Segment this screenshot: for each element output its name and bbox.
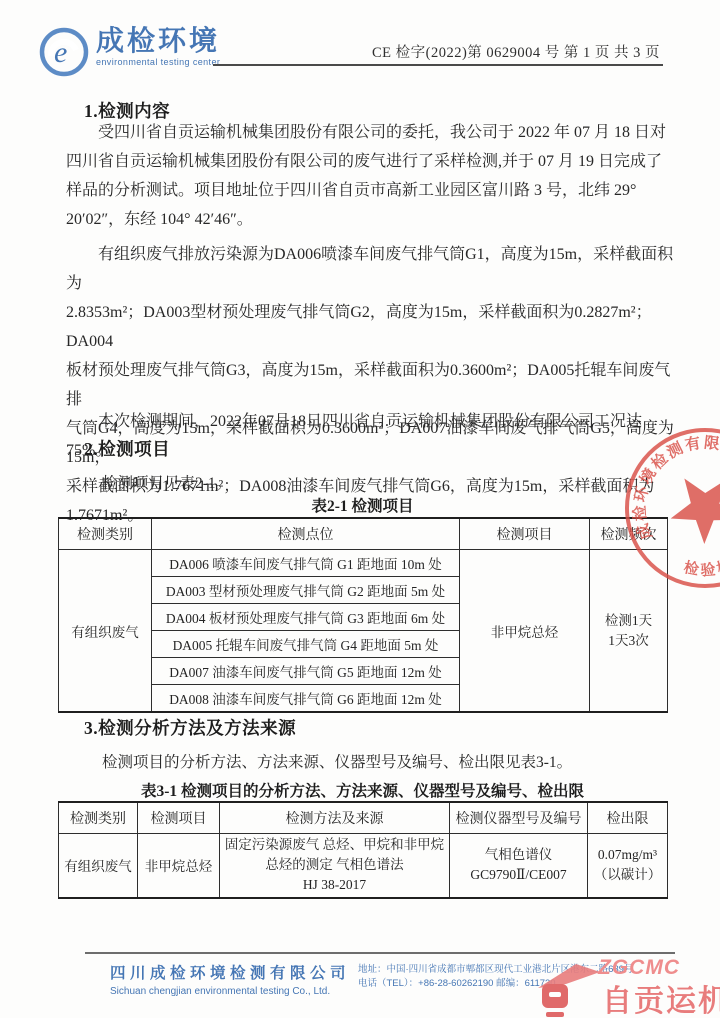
svg-text:e: e (54, 36, 67, 69)
footer-phone: 电话（TEL）：+86-28-60262190 邮编：611730 (358, 977, 608, 991)
col-header: 检测点位 (152, 518, 460, 550)
col-header: 检测频次 (590, 518, 668, 550)
table-row: 有组织废气 非甲烷总烃 固定污染源废气 总烃、甲烷和非甲烷总烃的测定 气相色谱法… (59, 834, 668, 898)
section1-paragraph1: 受四川省自贡运输机械集团股份有限公司的委托，我公司于 2022 年 07 月 1… (58, 118, 697, 234)
logo-cn-text: 成检环境 (96, 26, 220, 56)
report-page: e 成检环境 environmental testing center CE 检… (0, 0, 720, 1018)
col-header: 检出限 (588, 802, 668, 834)
footer-company-en: Sichuan chengjian environmental testing … (110, 986, 350, 997)
footer-address: 地址：中国·四川省成都市郫都区现代工业港北片区港东二路639号 (358, 963, 608, 977)
section2-intro: 检测项目见表2-1。 (58, 471, 711, 493)
col-header: 检测方法及来源 (220, 802, 450, 834)
table-3-1: 检测类别 检测项目 检测方法及来源 检测仪器型号及编号 检出限 有组织废气 非甲… (58, 801, 668, 899)
point-cell: DA006 喷漆车间废气排气筒 G1 距地面 10m 处 (152, 550, 460, 577)
table3-title: 表3-1 检测项目的分析方法、方法来源、仪器型号及编号、检出限 (58, 779, 667, 801)
col-header: 检测项目 (460, 518, 590, 550)
col-header: 检测仪器型号及编号 (450, 802, 588, 834)
frequency-cell: 检测1天1天3次 (590, 550, 668, 713)
point-cell: DA007 油漆车间废气排气筒 G5 距地面 12m 处 (152, 658, 460, 685)
section2-title: 2.检测项目 (58, 436, 693, 461)
point-cell: DA004 板材预处理废气排气筒 G3 距地面 6m 处 (152, 604, 460, 631)
logo-en-text: environmental testing center (96, 57, 220, 67)
table-2-1-header-row: 检测类别 检测点位 检测项目 检测频次 (59, 518, 668, 550)
table-2-1: 检测类别 检测点位 检测项目 检测频次 有组织废气 DA006 喷漆车间废气排气… (58, 517, 668, 713)
point-cell: DA008 油漆车间废气排气筒 G6 距地面 12m 处 (152, 685, 460, 713)
company-logo: e 成检环境 environmental testing center (38, 26, 220, 78)
footer-company-cn: 四川成检环境检测有限公司 (110, 961, 350, 983)
col-header: 检测类别 (59, 518, 152, 550)
point-cell: DA005 托辊车间废气排气筒 G4 距地面 5m 处 (152, 631, 460, 658)
item-cell: 非甲烷总烃 (138, 834, 220, 898)
header-rule (213, 64, 663, 66)
footer-contact: 地址：中国·四川省成都市郫都区现代工业港北片区港东二路639号 电话（TEL）：… (358, 963, 608, 991)
col-header: 检测项目 (138, 802, 220, 834)
method-cell: 固定污染源废气 总烃、甲烷和非甲烷总烃的测定 气相色谱法HJ 38-2017 (220, 834, 450, 898)
category-cell: 有组织废气 (59, 550, 152, 713)
logo-e-icon: e (38, 26, 90, 78)
table2-title: 表2-1 检测项目 (58, 494, 667, 516)
table-row: 有组织废气 DA006 喷漆车间废气排气筒 G1 距地面 10m 处 非甲烷总烃… (59, 550, 668, 577)
instrument-cell: 气相色谱仪GC9790Ⅱ/CE007 (450, 834, 588, 898)
document-number: CE 检字(2022)第 0629004 号 第 1 页 共 3 页 (372, 41, 660, 62)
footer-rule (85, 952, 675, 954)
limit-cell: 0.07mg/m³（以碳计） (588, 834, 668, 898)
watermark-cn-text: 自贡运机 (602, 976, 720, 1018)
section3-intro: 检测项目的分析方法、方法来源、仪器型号及编号、检出限见表3-1。 (58, 750, 711, 772)
col-header: 检测类别 (59, 802, 138, 834)
item-cell: 非甲烷总烃 (460, 550, 590, 713)
point-cell: DA003 型材预处理废气排气筒 G2 距地面 5m 处 (152, 577, 460, 604)
table-3-1-header-row: 检测类别 检测项目 检测方法及来源 检测仪器型号及编号 检出限 (59, 802, 668, 834)
category-cell: 有组织废气 (59, 834, 138, 898)
section3-title: 3.检测分析方法及方法来源 (58, 715, 693, 740)
